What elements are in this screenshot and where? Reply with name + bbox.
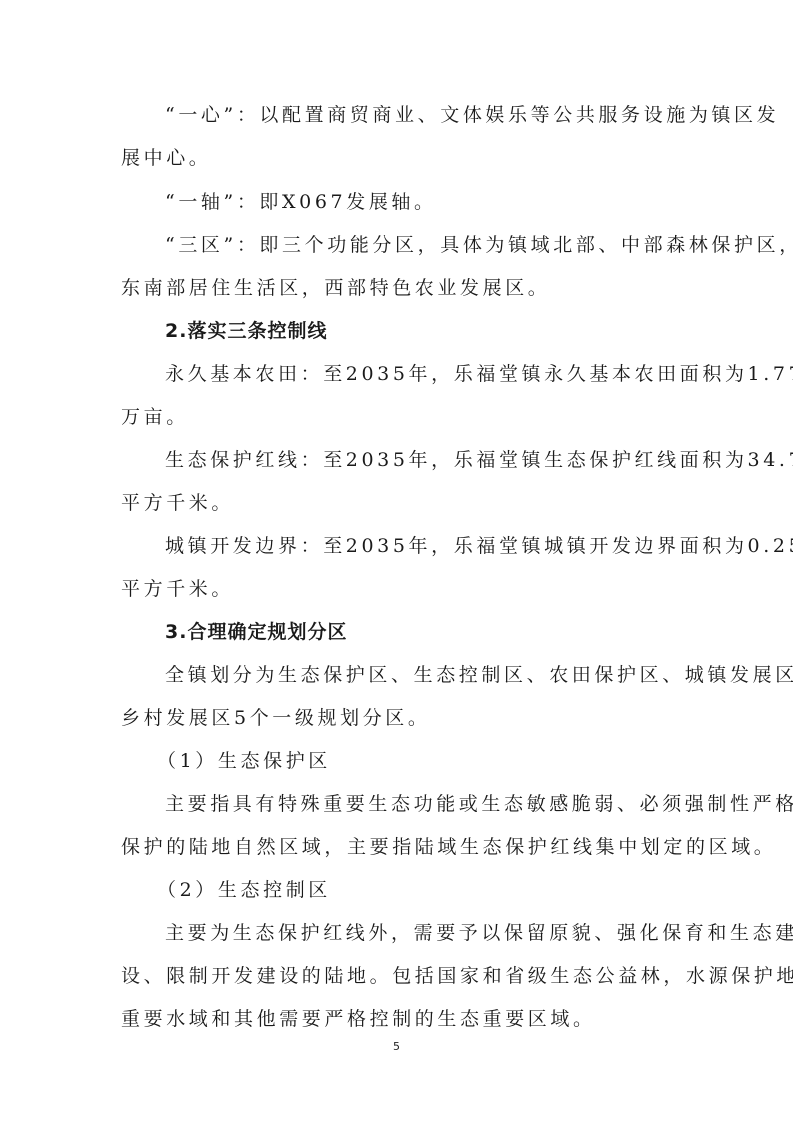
- para-eco-control-line3: 重要水域和其他需要严格控制的生态重要区域。: [121, 1007, 596, 1031]
- subheading-2: （2）生态控制区: [157, 878, 331, 902]
- para-farmland-line2: 万亩。: [121, 405, 189, 429]
- para-yixin-line2: 展中心。: [121, 146, 211, 170]
- para-zoning-line1: 全镇划分为生态保护区、生态控制区、农田保护区、城镇发展区、: [165, 663, 793, 687]
- section-heading-2: 2.落实三条控制线: [165, 319, 327, 343]
- para-yizhou: “一轴”：即X067发展轴。: [165, 190, 437, 214]
- para-eco-protect-line2: 保护的陆地自然区域，主要指陆域生态保护红线集中划定的区域。: [121, 835, 776, 859]
- subheading-1: （1）生态保护区: [157, 749, 331, 773]
- para-eco-protect-line1: 主要指具有特殊重要生态功能或生态敏感脆弱、必须强制性严格: [165, 792, 793, 816]
- para-redline-line1: 生态保护红线：至2035年，乐福堂镇生态保护红线面积为34.79: [165, 448, 793, 472]
- page-number: 5: [0, 1040, 793, 1053]
- para-zoning-line2: 乡村发展区5个一级规划分区。: [121, 706, 431, 730]
- para-boundary-line2: 平方千米。: [121, 577, 234, 601]
- para-farmland-line1: 永久基本农田：至2035年，乐福堂镇永久基本农田面积为1.77: [165, 362, 793, 386]
- para-redline-line2: 平方千米。: [121, 491, 234, 515]
- para-eco-control-line1: 主要为生态保护红线外，需要予以保留原貌、强化保育和生态建: [165, 921, 793, 945]
- para-boundary-line1: 城镇开发边界：至2035年，乐福堂镇城镇开发边界面积为0.25: [165, 534, 793, 558]
- para-sanqu-line1: “三区”：即三个功能分区，具体为镇域北部、中部森林保护区，: [165, 233, 793, 257]
- para-sanqu-line2: 东南部居住生活区，西部特色农业发展区。: [121, 276, 550, 300]
- para-yixin-line1: “一心”：以配置商贸商业、文体娱乐等公共服务设施为镇区发: [165, 103, 779, 127]
- para-eco-control-line2: 设、限制开发建设的陆地。包括国家和省级生态公益林，水源保护地、: [121, 964, 793, 988]
- section-heading-3: 3.合理确定规划分区: [165, 620, 347, 644]
